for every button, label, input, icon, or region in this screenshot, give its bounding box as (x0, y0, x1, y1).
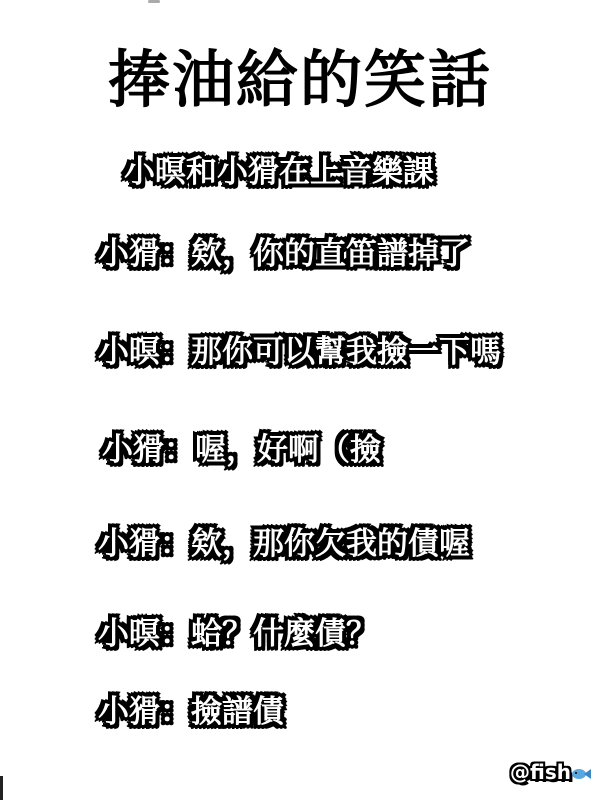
speaker-name: 小猾 (98, 526, 160, 562)
dialogue-text: 那你可以幫我撿一下嗎 (191, 334, 501, 370)
left-edge-artifact (0, 776, 3, 800)
dialogue-text: 蛤？什麼債？ (191, 616, 377, 652)
watermark: @fish (510, 760, 592, 784)
dialogue-line: 小猾：欸，那你欠我的債喔 (98, 518, 470, 563)
speaker-name: 小暝 (98, 334, 160, 370)
dialogue-text: 欸，你的直笛譜掉了 (191, 236, 470, 272)
dialogue-line: 小暝：蛤？什麼債？ (98, 608, 377, 653)
dialogue-line: 小暝：那你可以幫我撿一下嗎 (98, 326, 501, 371)
speaker-name: 小猾 (102, 432, 164, 468)
speaker-name: 小猾 (98, 694, 160, 730)
watermark-text: @fish (510, 760, 571, 784)
dialogue-line: 小猾：欸，你的直笛譜掉了 (98, 228, 470, 273)
colon-separator: ： (160, 236, 191, 272)
dialogue-line: 小猾：撿譜債 (98, 686, 284, 731)
colon-separator: ： (160, 616, 191, 652)
page-title: 捧油給的笑話 (0, 40, 600, 120)
colon-separator: ： (160, 694, 191, 730)
subtitle: 小暝和小猾在上音樂課 (124, 146, 434, 191)
colon-separator: ： (160, 526, 191, 562)
speaker-name: 小暝 (98, 616, 160, 652)
dialogue-text: 撿譜債 (191, 694, 284, 730)
dialogue-text: 喔，好啊（撿 (195, 432, 381, 468)
dialogue-line: 小猾：喔，好啊（撿 (102, 424, 381, 469)
colon-separator: ： (164, 432, 195, 468)
fish-icon (572, 768, 592, 780)
dialogue-text: 欸，那你欠我的債喔 (191, 526, 470, 562)
speaker-name: 小猾 (98, 236, 160, 272)
colon-separator: ： (160, 334, 191, 370)
top-edge-artifact (148, 0, 160, 3)
